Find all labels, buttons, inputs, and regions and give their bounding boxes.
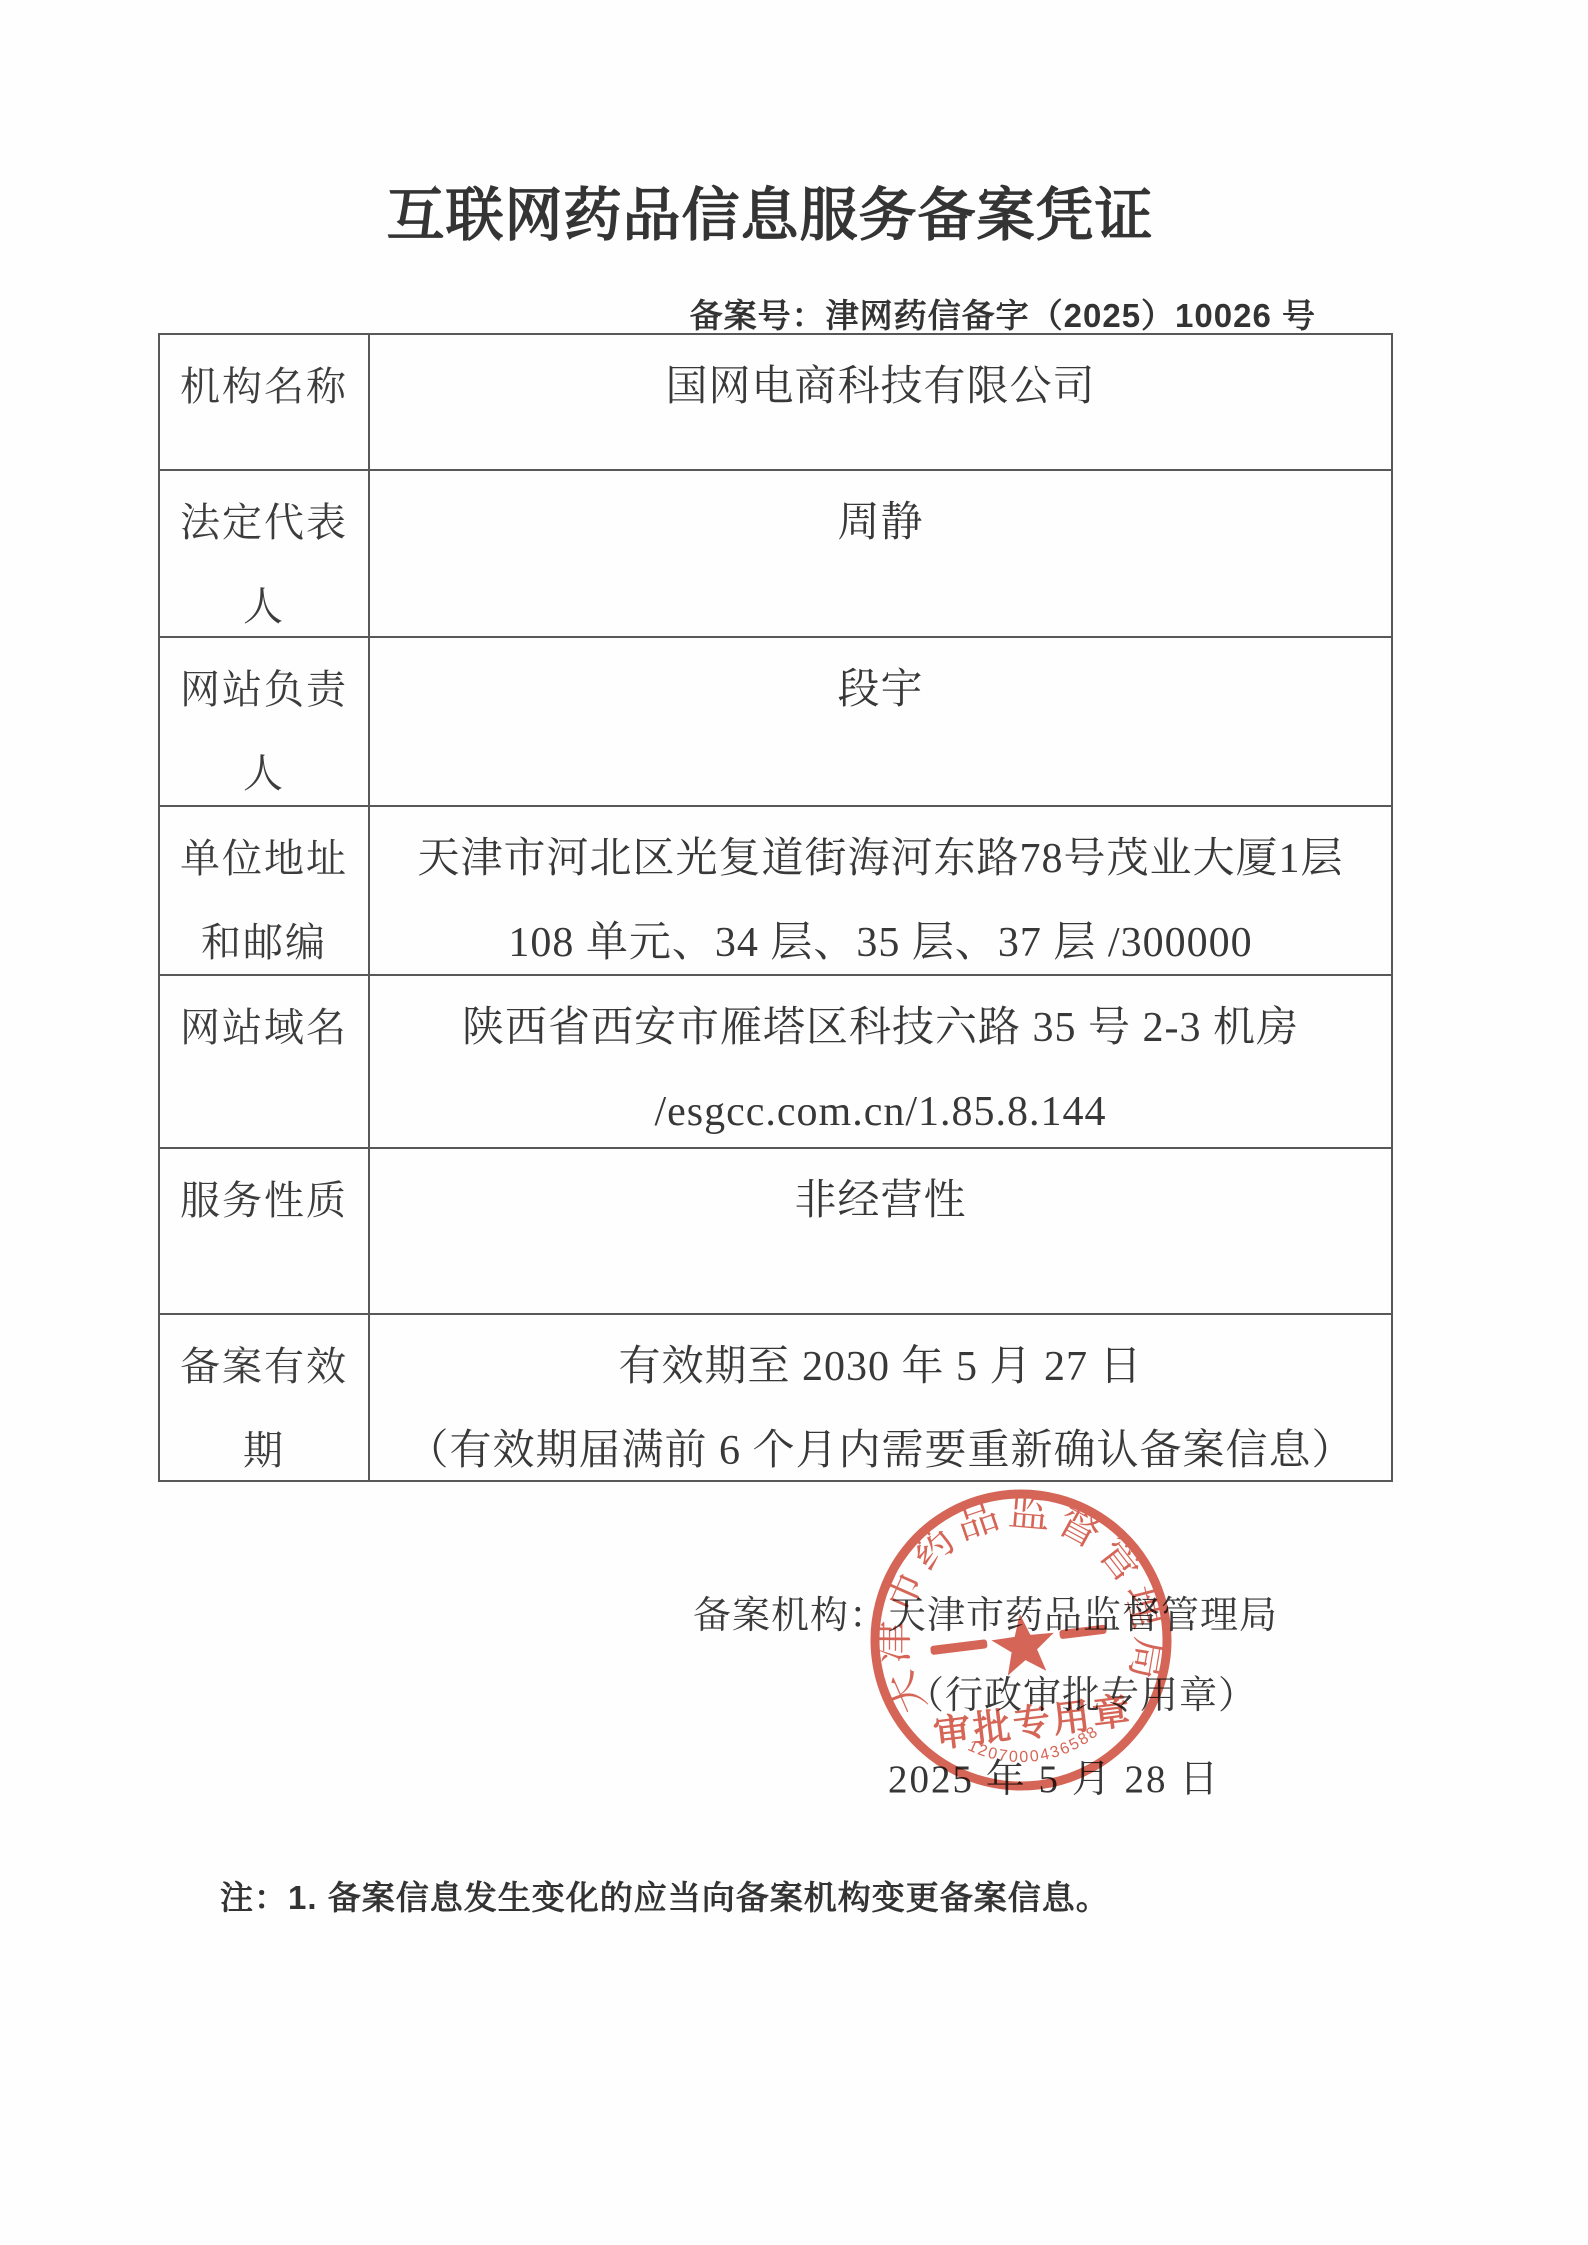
- value-line: 108 单元、34 层、35 层、37 层 /300000: [370, 901, 1391, 985]
- row-label: 服务性质: [160, 1149, 370, 1313]
- row-label: 网站域名: [160, 976, 370, 1147]
- row-value: 非经营性: [370, 1149, 1391, 1313]
- row-label: 机构名称: [160, 335, 370, 469]
- table-row-site-manager: 网站负责 人 段宇: [160, 638, 1391, 807]
- issuing-authority: 备案机构：天津市药品监督管理局: [693, 1584, 1278, 1639]
- table-row-validity: 备案有效 期 有效期至 2030 年 5 月 27 日 （有效期届满前 6 个月…: [160, 1315, 1391, 1480]
- value-line: 国网电商科技有限公司: [370, 345, 1391, 429]
- certificate-table: 机构名称 国网电商科技有限公司 法定代表 人 周静 网站负责 人 段宇 单位地址…: [158, 333, 1393, 1482]
- row-value: 有效期至 2030 年 5 月 27 日 （有效期届满前 6 个月内需要重新确认…: [370, 1315, 1391, 1480]
- row-label: 法定代表 人: [160, 471, 370, 636]
- value-line: 陕西省西安市雁塔区科技六路 35 号 2-3 机房: [370, 986, 1391, 1070]
- table-row-legal-rep: 法定代表 人 周静: [160, 471, 1391, 638]
- value-line: 天津市河北区光复道街海河东路78号茂业大厦1层: [370, 817, 1391, 901]
- value-line: 周静: [370, 481, 1391, 565]
- value-line: /esgcc.com.cn/1.85.8.144: [370, 1070, 1391, 1154]
- seal-left-dash: [930, 1639, 988, 1655]
- table-row-address: 单位地址 和邮编 天津市河北区光复道街海河东路78号茂业大厦1层 108 单元、…: [160, 807, 1391, 976]
- row-label: 网站负责 人: [160, 638, 370, 805]
- document-title: 互联网药品信息服务备案凭证: [0, 168, 1564, 252]
- seal-caption: （行政审批专用章）: [906, 1664, 1257, 1719]
- table-row-domain: 网站域名 陕西省西安市雁塔区科技六路 35 号 2-3 机房 /esgcc.co…: [160, 976, 1391, 1149]
- value-line: （有效期届满前 6 个月内需要重新确认备案信息）: [370, 1409, 1391, 1493]
- certificate-page: 互联网药品信息服务备案凭证 备案号：津网药信备字（2025）10026 号 机构…: [0, 0, 1588, 2245]
- filing-number: 备案号：津网药信备字（2025）10026 号: [690, 290, 1316, 337]
- issue-date: 2025 年 5 月 28 日: [888, 1748, 1220, 1804]
- row-value: 天津市河北区光复道街海河东路78号茂业大厦1层 108 单元、34 层、35 层…: [370, 807, 1391, 974]
- row-label: 备案有效 期: [160, 1315, 370, 1480]
- table-row-service-nature: 服务性质 非经营性: [160, 1149, 1391, 1315]
- table-row-org-name: 机构名称 国网电商科技有限公司: [160, 335, 1391, 471]
- row-value: 陕西省西安市雁塔区科技六路 35 号 2-3 机房 /esgcc.com.cn/…: [370, 976, 1391, 1147]
- row-value: 周静: [370, 471, 1391, 636]
- row-value: 国网电商科技有限公司: [370, 335, 1391, 469]
- footnote: 注：1. 备案信息发生变化的应当向备案机构变更备案信息。: [220, 1872, 1110, 1919]
- value-line: 有效期至 2030 年 5 月 27 日: [370, 1325, 1391, 1409]
- row-label: 单位地址 和邮编: [160, 807, 370, 974]
- value-line: 段宇: [370, 648, 1391, 732]
- row-value: 段宇: [370, 638, 1391, 805]
- value-line: 非经营性: [370, 1159, 1391, 1243]
